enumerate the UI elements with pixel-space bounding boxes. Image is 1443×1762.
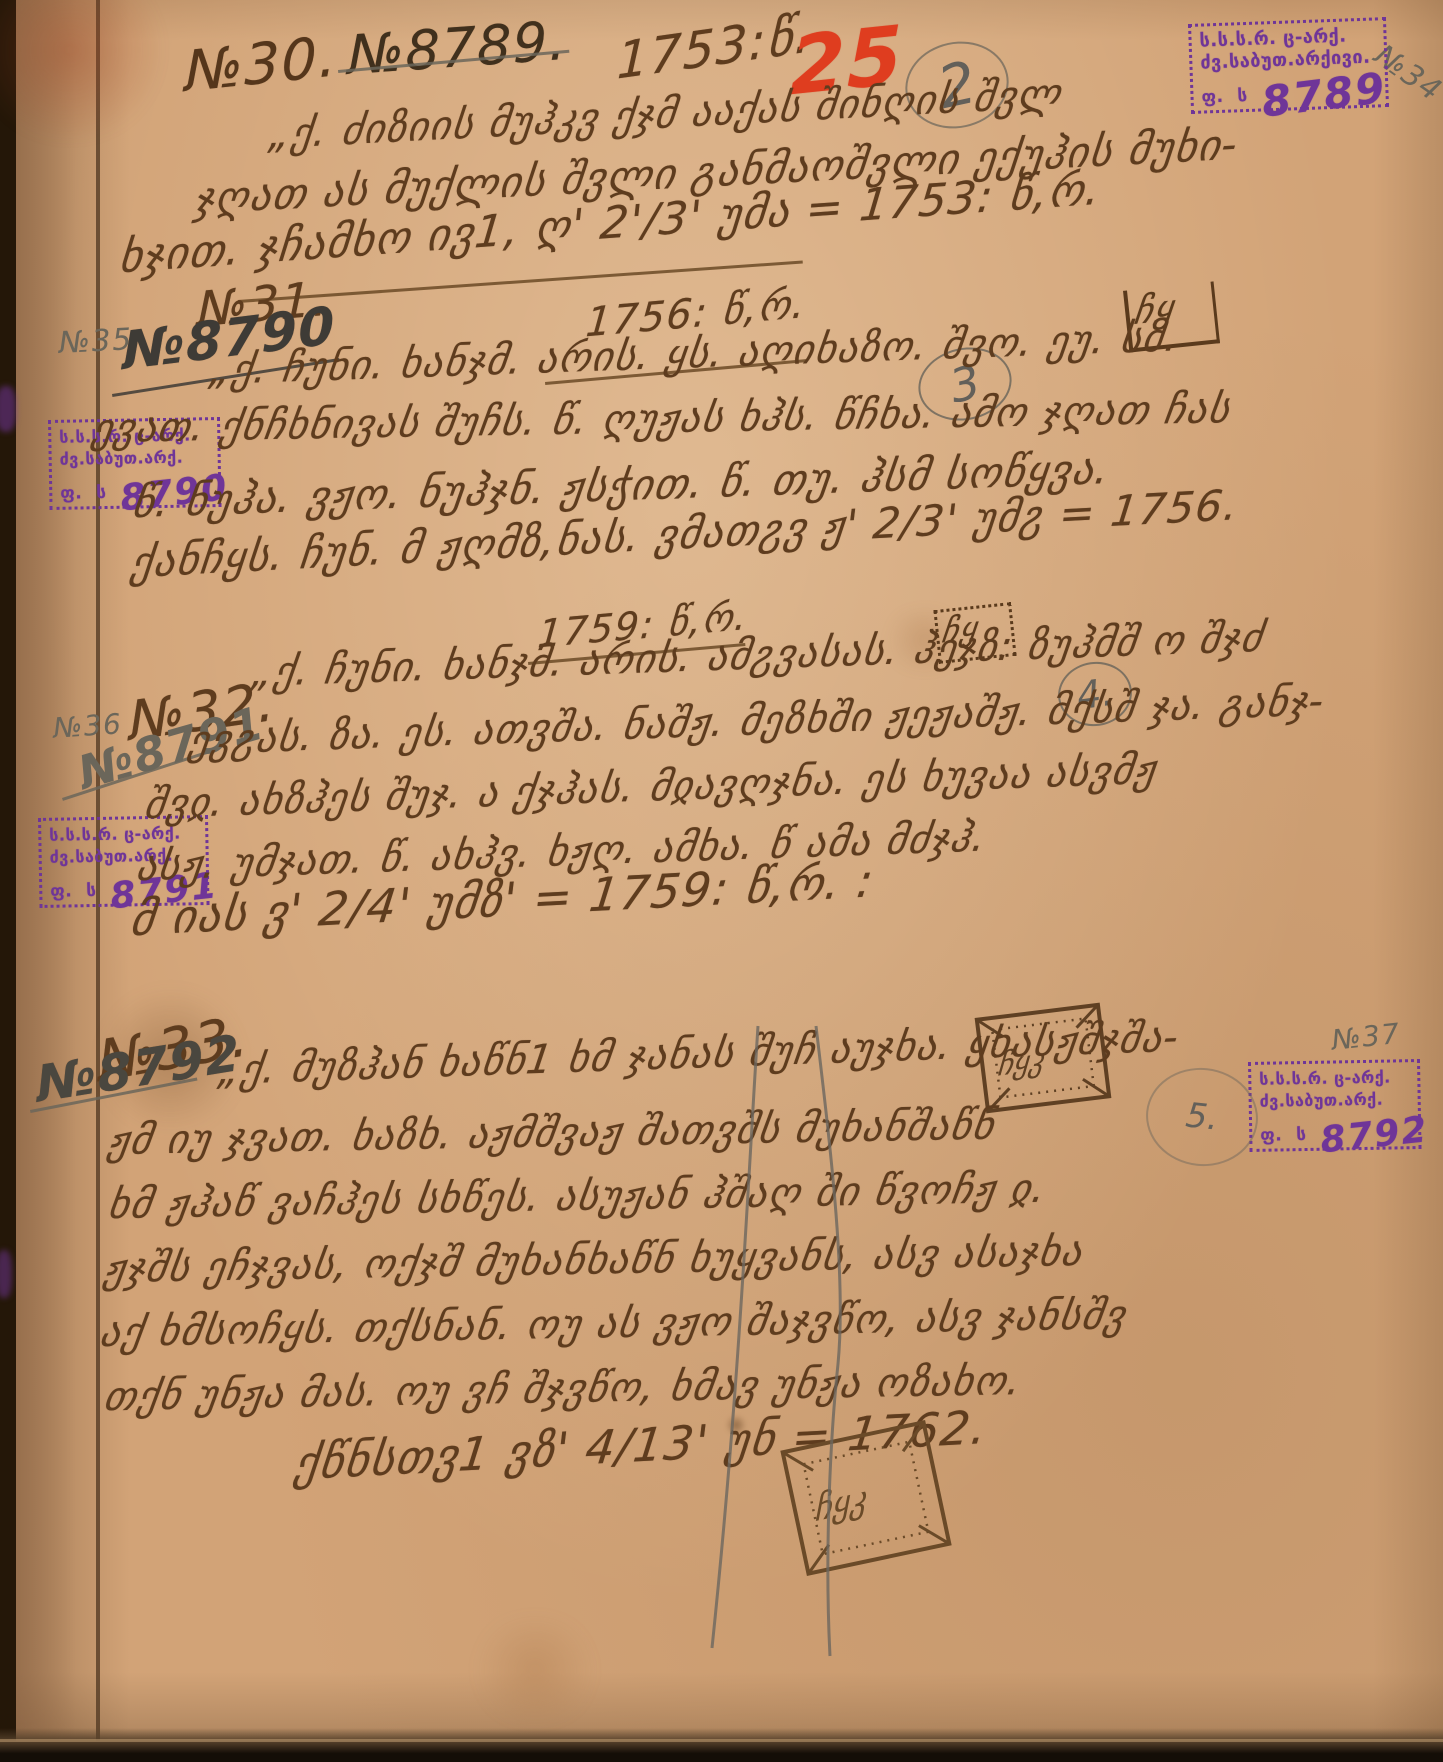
- archive-stamp: ს.ს.ს.რ. ც-არქ. ძვ.საბუთ.არქივი. ფ. ს 87…: [1188, 17, 1389, 114]
- margin-pencil-number: №37: [1330, 1017, 1402, 1057]
- stamp-series-letter: ს: [96, 482, 107, 504]
- handwriting-line: აქ ხმსოჩყს. თქსნან. ოუ ას ვჟო შაჯვწო, ას…: [97, 1292, 1130, 1356]
- stamp-fond-label: ფ.: [1260, 1124, 1282, 1146]
- stamp-series-letter: ს: [86, 880, 97, 902]
- paper-stain: [470, 1620, 600, 1720]
- catalog-number: №8789.: [348, 9, 567, 87]
- stamp-line2: ძვ.საბუთ.არქ.: [1260, 1088, 1410, 1113]
- stamp-fond-label: ფ.: [50, 880, 72, 902]
- archive-stamp: ს.ს.ს.რ. ც-არქ. ძვ.საბუთ.არქ. ფ. ს 8792: [1248, 1059, 1422, 1152]
- handwriting-line: ევათ. ქნჩხნივას შუჩს. წ. ღუჟას ხჰს. წჩხა…: [89, 386, 1235, 452]
- stamp-fond-label: ფ.: [60, 482, 82, 504]
- pencil-stroke: [640, 1020, 900, 1660]
- handwriting-line: ხმ ჟჰაწ ვაჩჰეს სხწეს. ასუჟან ჰშაღ ში წვო…: [105, 1166, 1050, 1229]
- stamp-fond-label: ფ.: [1201, 86, 1224, 109]
- stamp-series-letter: ს: [1296, 1124, 1307, 1146]
- manuscript-page: №30. №8789. 1753:წ. 25 2 №34 ს.ს.ს.რ. ც-…: [0, 0, 1443, 1762]
- stamp-number: 8792: [1319, 1115, 1430, 1156]
- entry-number: №30.: [185, 24, 337, 105]
- stamp-line1: ს.ს.ს.რ. ც-არქ.: [1259, 1066, 1409, 1091]
- binding-edge: [0, 0, 16, 1762]
- year-heading: 1753:წ.: [616, 5, 813, 91]
- bottom-edge-line: [0, 1739, 1443, 1742]
- handwriting-line: ჟჯშს ეჩჯვას, ოქჯშ მუხანხაწნ ხუყვანს, ასვ…: [101, 1229, 1087, 1292]
- stamp-series-letter: ს: [1237, 85, 1248, 107]
- bottom-edge: [0, 1728, 1443, 1762]
- stamp-number: 8789: [1260, 73, 1388, 118]
- circled-number-value: 5.: [1184, 1095, 1220, 1138]
- circled-number: 5.: [1141, 1062, 1263, 1171]
